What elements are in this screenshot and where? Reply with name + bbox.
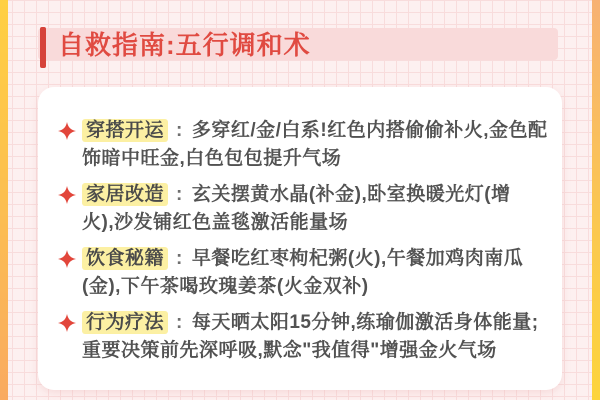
item-label: 家居改造 [82,183,168,206]
guide-item-home: 家居改造:玄关摆黄水晶(补金),卧室换暖光灯(增 火),沙发铺红色盖毯激活能量场 [82,181,546,237]
item-text-line2: 饰暗中旺金,白色包包提升气场 [82,145,546,173]
guide-item-behavior: 行为疗法:每天晒太阳15分钟,练瑜伽激活身体能量; 重要决策前先深呼吸,默念"我… [82,309,546,365]
item-first-line: 行为疗法:每天晒太阳15分钟,练瑜伽激活身体能量; [82,309,546,337]
item-first-line: 穿搭开运:多穿红/金/白系!红色内搭偷偷补火,金色配 [82,117,546,145]
infographic-card: 自救指南:五行调和术 穿搭开运:多穿红/金/白系!红色内搭偷偷补火,金色配 饰暗… [0,0,600,400]
item-text-line2: 火),沙发铺红色盖毯激活能量场 [82,209,546,237]
item-label: 穿搭开运 [82,119,168,142]
right-edge-gradient-strip [592,0,600,400]
diamond-bullet-icon [58,122,76,140]
item-text-line2: (金),下午茶喝玫瑰姜茶(火金双补) [82,273,546,301]
item-label: 饮食秘籍 [82,247,168,270]
item-first-line: 饮食秘籍:早餐吃红枣枸杞粥(火),午餐加鸡肉南瓜 [82,245,546,273]
item-text-line1: 玄关摆黄水晶(补金),卧室换暖光灯(增 [192,184,511,205]
content-card-body: 穿搭开运:多穿红/金/白系!红色内搭偷偷补火,金色配 饰暗中旺金,白色包包提升气… [38,87,562,365]
left-edge-gradient-strip [0,0,8,400]
diamond-bullet-icon [58,314,76,332]
label-separator: : [176,248,183,269]
title-accent-bar [40,27,46,68]
diamond-bullet-icon [58,250,76,268]
label-separator: : [176,184,183,205]
diamond-bullet-icon [58,186,76,204]
label-separator: : [176,312,183,333]
item-label: 行为疗法 [82,311,168,334]
item-text-line1: 多穿红/金/白系!红色内搭偷偷补火,金色配 [192,120,548,141]
label-separator: : [176,120,183,141]
content-card: 穿搭开运:多穿红/金/白系!红色内搭偷偷补火,金色配 饰暗中旺金,白色包包提升气… [38,87,562,390]
guide-item-outfit: 穿搭开运:多穿红/金/白系!红色内搭偷偷补火,金色配 饰暗中旺金,白色包包提升气… [82,117,546,173]
item-text-line2: 重要决策前先深呼吸,默念"我值得"增强金火气场 [82,337,546,365]
item-text-line1: 每天晒太阳15分钟,练瑜伽激活身体能量; [192,312,539,333]
guide-item-diet: 饮食秘籍:早餐吃红枣枸杞粥(火),午餐加鸡肉南瓜 (金),下午茶喝玫瑰姜茶(火金… [82,245,546,301]
item-text-line1: 早餐吃红枣枸杞粥(火),午餐加鸡肉南瓜 [192,248,523,269]
page-title: 自救指南:五行调和术 [58,32,311,58]
item-first-line: 家居改造:玄关摆黄水晶(补金),卧室换暖光灯(增 [82,181,546,209]
